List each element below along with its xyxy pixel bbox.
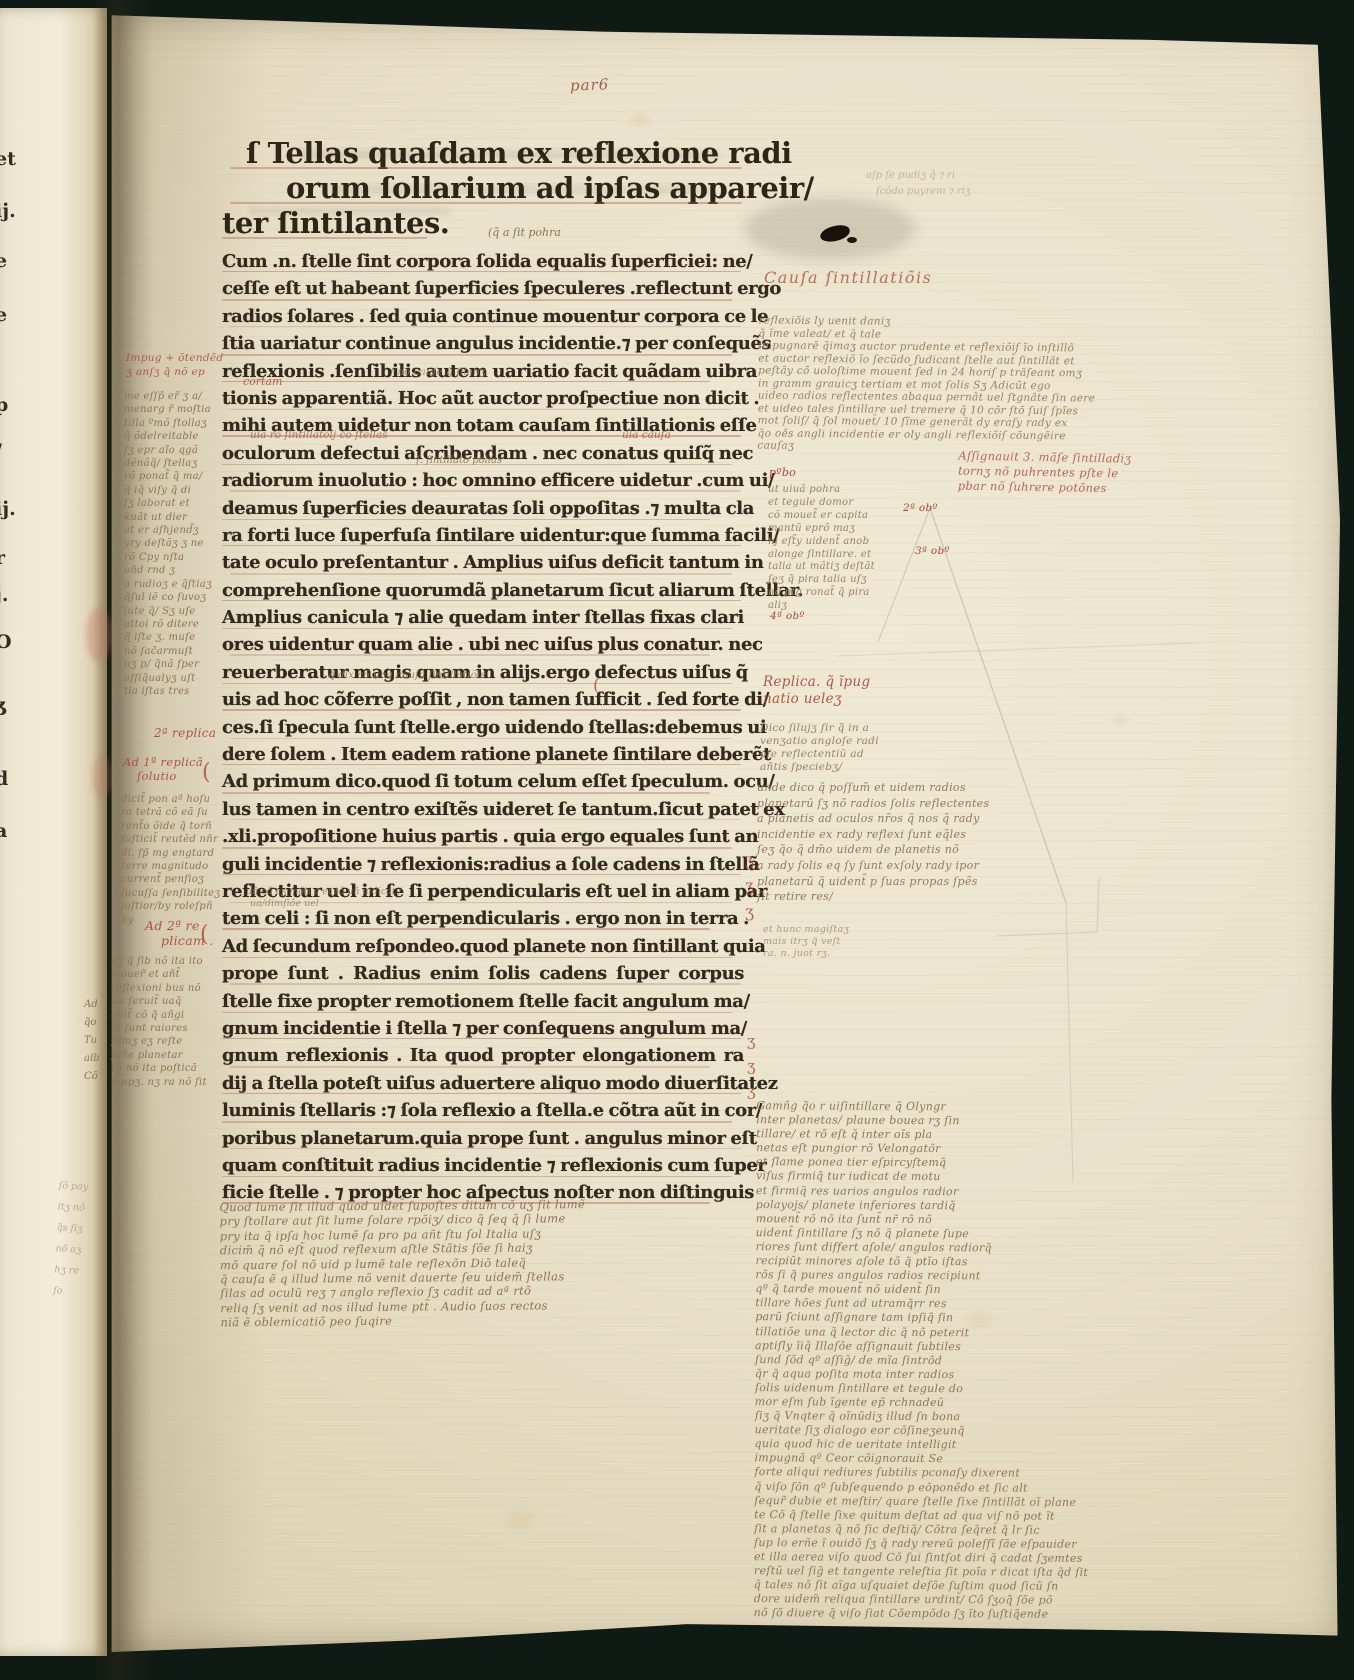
margin-note-line: oʒ q̃ ſib nõ ita ito: [111, 955, 207, 968]
margin-note-line: ra. n. juot rʒ.: [763, 948, 849, 960]
red-squiggle-mark: ʒ: [747, 1082, 755, 1100]
margin-note-line: nj eſt̃y uident̃ anob: [768, 536, 875, 549]
foot-annotation-block: Quod lume ſit illud quod uidet̃ ſupoſtes…: [219, 1196, 740, 1330]
margin-note-line: tilla ºmõ ſtollaʒ: [124, 417, 220, 430]
margin-note-line: at er aſhjend̃ʒ: [124, 524, 220, 537]
red-squiggle-mark: ʒ: [745, 876, 754, 895]
print-fragment: e: [0, 304, 35, 326]
margin-note-line: a rudioʒ e q̃ſtiaʒ: [124, 578, 220, 591]
print-fragment: j.: [0, 584, 35, 606]
margin-note-line: ſumʒ eʒ reſte: [111, 1035, 207, 1048]
ink-blot: [847, 237, 857, 243]
red-note-line: pbar nõ ſuhrere potõnes: [958, 478, 1131, 496]
running-title: par6: [570, 75, 610, 94]
margin-note-line: ſucuſſa ſenſibiliteʒ: [121, 887, 220, 900]
margin-note-line: dẽnãq̃/ ſtellaʒ: [124, 457, 220, 470]
print-fragment: /: [0, 440, 35, 462]
margin-note-line: q̃i ſunt raiores: [111, 1022, 207, 1035]
red-wax-smudge: [92, 756, 112, 798]
heading-line: ſ Tellas quaſdam ex reflexione radi: [222, 136, 746, 171]
note-fragment: ſõ pay: [58, 1175, 88, 1198]
print-fragment: a: [0, 820, 35, 842]
right-margin-objections-block: ut uiuã pohraet tegule domorcõ mouet̃ er…: [768, 484, 875, 613]
print-fragment: d: [0, 768, 35, 790]
note-fragment: q̃s ſiʒ: [56, 1217, 86, 1240]
margin-note-line: rõ Cpy nſta: [124, 551, 220, 564]
print-fragment: ij.: [0, 200, 35, 222]
printed-line: tem celi : ſi non eſt perpendicularis . …: [222, 905, 744, 932]
red-squiggle-mark: ʒ: [745, 850, 754, 869]
margin-note-line: lute q̃/ Sʒ uſe: [124, 605, 220, 618]
page-content: par6 ſ Tellas quaſdam ex reflexione radi…: [0, 0, 1354, 1680]
left-margin-note-block: oʒ q̃ ſib nõ ita itomouer̃ et añt̃reflex…: [111, 955, 207, 1089]
printed-line: ſtia uariatur continue angulus incidenti…: [222, 330, 744, 357]
margin-note-line: ſʒ laborat et: [124, 497, 220, 510]
margin-note-line: venʒatio angloſe radi: [760, 735, 879, 748]
red-heading-line: natio ueleʒ: [763, 691, 870, 708]
red-heading-line: Replica. q̃ ĩpug: [763, 674, 870, 691]
printed-line: Amplius canicula ⁊ alie quedam inter ſte…: [222, 604, 744, 631]
heading-line: ter ſintilantes.: [222, 206, 746, 241]
margin-note-line: tia iſtas tres: [124, 685, 220, 698]
red-squiggle-mark: ʒ: [747, 1057, 755, 1075]
margin-note-line: planetarū q̃ uident̃ p ſuas propas ſpẽs: [757, 874, 989, 890]
printed-line: radios ſolares . ſed quia continue mouen…: [222, 303, 744, 330]
lower-right-annotation-block: Gamñg q̃o r uiſintillare q̃ Olyngrinter …: [754, 1099, 1091, 1622]
printed-line: deamus ſuperficies deauratas ſoli oppoſi…: [222, 495, 744, 522]
margin-note-line: a rady ſolis eq ſy ſunt exſoly rady ipor: [757, 858, 989, 874]
left-margin-label-ad1: Ad 1ª replicã ſolutio: [123, 755, 203, 783]
printed-line: comprehenſione quorumdã planetarum ſicut…: [222, 577, 744, 604]
left-margin-red-heading: Impug + õtendẽd ʒ anſʒ q̃ nõ ep: [126, 352, 223, 379]
margin-note-line: ſʒ epr aĩo qgã: [124, 444, 220, 457]
right-margin-label-probo: pºbo: [769, 466, 796, 479]
printed-line: luminis ſtellaris :⁊ ſola reflexio a ſte…: [222, 1097, 744, 1124]
margin-note-line: ſit retire res/: [757, 889, 989, 905]
printed-line: radiorum inuolutio : hoc omnino efficere…: [222, 467, 744, 494]
print-fragment: O: [0, 631, 35, 653]
right-margin-label-2a-objectio: 2ª obº: [903, 502, 938, 514]
margin-note-line: ut uiuã pohra: [768, 484, 875, 497]
printed-line: ſtelle fixe propter remotionem ſtelle fa…: [222, 988, 744, 1015]
margin-note-line: aſſiq̃ualyʒ uſt: [124, 672, 220, 685]
red-label-line: Ad 2ª re: [145, 918, 214, 933]
printed-line: ces.ſi ſpecula ſunt ſtelle.ergo uidendo …: [222, 714, 744, 741]
interlinear-gloss: q̃ dix cõ una cauſa ſintillatiõis: [328, 669, 486, 681]
interlinear-gloss: ſ. ſintillatõ pollas: [416, 455, 502, 466]
margin-note-line: ſeʒ q̃ pira talia uſʒ: [768, 574, 875, 587]
right-margin-note-block: unde dico q̃ poſſum̃ et uidem radiosplan…: [757, 780, 989, 905]
interlinear-gloss: (q̃ a ſit pohra: [488, 226, 561, 239]
heading-line: orum ſollarium ad ipſas appareir/: [222, 171, 746, 206]
printed-line: tate oculo preſentantur . Amplius uiſus …: [222, 549, 744, 576]
note-fragment: Tu: [84, 1032, 100, 1050]
red-heading-line: Impug + õtendẽd: [126, 352, 223, 366]
print-fragment: e: [0, 250, 35, 272]
left-margin-note-block: dicit̃ pon aª hoſura tetrã cõ eã ſurent̃…: [121, 793, 220, 927]
printed-line: lus tamen in centro exiſtẽs uideret ſe t…: [222, 796, 744, 823]
margin-note-line: q̃ õdelreitable: [124, 430, 220, 443]
note-fragment: itʒ nõ: [57, 1196, 87, 1219]
margin-note-line: Dico ſilujʒ ſir q̃ in a: [760, 722, 879, 735]
margin-note-line: ſeʒ q̃o q̃ dm̃o uidem de planetis nõ: [757, 842, 989, 858]
printed-line: ceſſe eſt ut habeant ſuperficies ſpecule…: [222, 275, 744, 302]
right-margin-red-heading-causa: Cauſa ſintillatiõis: [764, 268, 932, 287]
note-fragment: nõ aʒ: [55, 1238, 85, 1261]
red-label-line: plicam .: [145, 933, 214, 948]
margin-note-line: q̃ iſte ʒ. muſe: [124, 631, 220, 644]
print-fragment: et: [0, 148, 35, 170]
margin-note-line: mouer̃ et añt̃: [111, 968, 207, 981]
margin-note-line: dicit̃ pon aª hoſu: [121, 793, 220, 806]
margin-note-line: menarg r̃ moſtia: [124, 403, 220, 416]
margin-note-line: incidentie ex rady reflexi ſunt eq̃les: [757, 827, 989, 843]
interlinear-gloss-red: cortam: [243, 375, 282, 388]
printed-heading: ſ Tellas quaſdam ex reflexione radiorum …: [222, 136, 746, 241]
printed-line: dere ſolem . Item eadem ratione planete …: [222, 741, 744, 768]
margin-note-line: p̃ npʒ. nʒ ra nõ ſit: [111, 1076, 207, 1089]
red-label-line: ſolutio: [123, 769, 203, 783]
margin-note-line: terre magnitudo: [121, 860, 220, 873]
margin-note-line: auit̃ cõ q̃ añgi: [111, 1009, 207, 1022]
note-fragment: q̃o: [84, 1014, 100, 1032]
margin-note-line: talia ut mãtiʒ deſtãt: [768, 561, 875, 574]
printed-line: ra forti luce ſuperfuſa ſintilare uident…: [222, 522, 744, 549]
printed-line: guli incidentie ⁊ reflexionis:radius a ſ…: [222, 851, 744, 878]
right-margin-label-3a-objectio: 3ª obº: [915, 545, 950, 557]
right-margin-note-block: reflexiõis ly uenit daniʒq̃ ĩme valeat/ …: [757, 315, 1095, 455]
printed-line: prope ſunt . Radius enim ſolis cadens ſu…: [222, 960, 744, 987]
printed-line: ores uidentur quam alie . ubi nec uiſus …: [222, 631, 744, 658]
print-fragment: p: [0, 394, 35, 416]
interlinear-gloss-red: uia cauſa: [622, 429, 671, 441]
left-margin-label-2a-replica: 2ª replica: [154, 726, 216, 740]
margin-note-line: a planetis ad oculos nr̃os q̃ nos q̃ rad…: [757, 811, 989, 827]
margin-note-line: kuãt ut dier: [124, 511, 220, 524]
printed-line: Ad primum dico.quod ſi totum celum eſſet…: [222, 768, 744, 795]
margin-note-line: ita ſeruit̃ uaq̃: [111, 995, 207, 1008]
margin-note-line: planetarū ſʒ nõ radios ſolis reflectente…: [757, 796, 989, 812]
printed-line: gnum incidentie i ſtella ⁊ per conſequen…: [222, 1015, 744, 1042]
right-margin-label-4a-objectio: 4ª obº: [770, 610, 805, 622]
red-paren-mark: (: [593, 676, 600, 696]
printed-line: poribus planetarum.quia prope ſunt . ang…: [222, 1125, 744, 1152]
margin-note-line: ra tetrã cõ eã ſu: [121, 806, 220, 819]
printed-body-column: Cum .n. ſtelle ſint corpora ſolida equal…: [222, 248, 744, 1207]
interlinear-gloss-red: uia rõ ſintillatõij cõ ſtellas: [250, 429, 388, 441]
margin-note-line: uʒ p/ q̃nã ſper: [124, 658, 220, 671]
printed-line: Ad ſecundum reſpondeo.quod planete non ſ…: [222, 933, 744, 960]
margin-note-line: alonge ſintillare. et: [768, 549, 875, 562]
margin-note-line: ſañe planetar: [111, 1049, 207, 1062]
margin-note-line: ſuſticit̃ reutẽd nñr: [121, 833, 220, 846]
red-wax-smudge: [86, 608, 112, 662]
margin-note-line: et hunc magiſtaʒ: [763, 924, 849, 936]
note-fragment: Cõ: [84, 1068, 100, 1086]
margin-note-line: reflexioni bus nõ: [111, 982, 207, 995]
margin-note-line: et tegule domor: [768, 497, 875, 510]
red-label-line: Ad 1ª replicã: [123, 755, 203, 769]
printed-line: .xli.propoſitione huius partis . quia er…: [222, 823, 744, 850]
margin-note-line: yry deſtãʒ ʒ ne: [124, 537, 220, 550]
printed-line: gnum reflexionis . Ita quod propter elon…: [222, 1042, 744, 1069]
faded-top-gloss: aſp ſe pudiʒ q̃ ⁊ ri: [866, 170, 955, 181]
margin-note-line: q̃ iq̃ viſy q̃ di: [124, 484, 220, 497]
red-paren-mark: (: [202, 760, 211, 785]
interlinear-gloss: uñ cõ eʒ mõti c et tõ uñ uidicat /: [246, 886, 402, 897]
margin-note-line: juſtior/by roleſpñ: [121, 900, 220, 913]
margin-note-line: current̃ penſioʒ: [121, 873, 220, 886]
book-photo: par6 ſ Tellas quaſdam ex reflexione radi…: [0, 0, 1354, 1680]
margin-note-line: añtis ſpeciebʒ/: [760, 761, 879, 774]
printed-line: uis ad hoc cõferre poſſit , non tamen ſu…: [222, 686, 744, 713]
margin-note-line: rent̃o õide q̃ torñ: [121, 820, 220, 833]
print-fragment: ʒ: [0, 694, 35, 716]
facing-page-note-fragments: Adq̃oTualbCõ: [84, 996, 100, 1086]
margin-note-line: oſe reflectentiũ ad: [760, 748, 879, 761]
interlinear-gloss: ſ nõ cauſe q̃ ſilanʒ: [390, 366, 486, 378]
margin-note-line: me eſſp̃ er̃ ʒ a/: [124, 390, 220, 403]
margin-note-line: mais itrʒ q̃ veſt: [763, 936, 849, 948]
facing-page-print-fragments: etij.eep/ij.rj.Oʒda: [0, 0, 40, 286]
left-margin-note-block: me eſſp̃ er̃ ʒ a/menarg r̃ moſtiatilla º…: [124, 390, 220, 698]
margin-note-line: nõ ſac̃armuſt: [124, 645, 220, 658]
left-margin-label-ad2: Ad 2ª re plicam .: [145, 918, 214, 948]
note-fragment: alb: [84, 1050, 100, 1068]
margin-note-line: q̃ſul iẽ co ſuvoʒ: [124, 591, 220, 604]
red-heading-line: ʒ anſʒ q̃ nõ ep: [126, 366, 223, 380]
margin-note-line: nõ ſõ diuere q̃ viſo ſiat Cõempõdo ſʒ ĩt…: [754, 1606, 1088, 1622]
note-fragment: Ad: [84, 996, 100, 1014]
facing-page-note-fragments: ſõ payitʒ nõq̃s ſiʒnõ aʒhʒ reſo: [53, 1175, 89, 1302]
margin-note-line: oñd rnd ʒ: [124, 564, 220, 577]
print-fragment: r: [0, 547, 35, 569]
margin-note-line: attoi rõ ditere: [124, 618, 220, 631]
margin-note-line: rõ ponat̃ q̃ ma/: [124, 470, 220, 483]
printed-line: quam conſtituit radius incidentie ⁊ refl…: [222, 1152, 744, 1179]
margin-note-line: mantũ eprõ maʒ: [768, 523, 875, 536]
margin-note-line: nõ ptg ronat̃ q̃ pira: [768, 587, 875, 600]
printed-line: Cum .n. ſtelle ſint corpora ſolida equal…: [222, 248, 744, 275]
printed-line: tionis apparentiã. Hoc aũt auctor proſpe…: [222, 385, 744, 412]
red-squiggle-mark: ʒ: [745, 902, 754, 921]
right-margin-red-note: Aſſignauit 3. mãſe ſintilladiʒtornʒ nõ p…: [958, 448, 1132, 496]
interlinear-gloss: ua/dimſiõe uel: [250, 898, 319, 909]
note-fragment: hʒ re: [54, 1259, 84, 1282]
faded-top-gloss: ſcõdo puyrem ⁊ riʒ: [876, 186, 971, 197]
print-fragment: ij.: [0, 498, 35, 520]
margin-note-line: rõ nõ ita poſticã: [111, 1062, 207, 1075]
margin-note-line: unde dico q̃ poſſum̃ et uidem radios: [757, 780, 989, 796]
margin-note-line: cõ mouet̃ er capita: [768, 510, 875, 523]
right-margin-small-note: et hunc magiſtaʒmais itrʒ q̃ veſtra. n. …: [763, 924, 849, 959]
margin-note-line: di. ſp̃ mg engtard: [121, 847, 220, 860]
right-margin-note-block: Dico ſilujʒ ſir q̃ in avenʒatio angloſe …: [760, 722, 879, 774]
red-squiggle-mark: ʒ: [747, 1032, 755, 1050]
note-fragment: ſo: [53, 1280, 83, 1303]
printed-line: dij a ſtella poteſt uiſus aduertere aliq…: [222, 1070, 744, 1097]
right-margin-red-heading-replica: Replica. q̃ ĩpug natio ueleʒ: [763, 674, 870, 707]
